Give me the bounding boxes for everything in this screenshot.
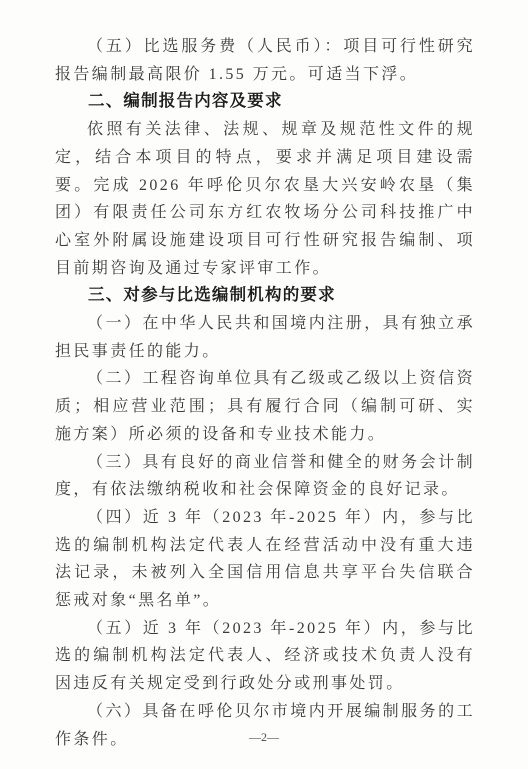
paragraph-report-scope: 依照有关法律、法规、规章及规范性文件的规定，结合本项目的特点，要求并满足项目建设… bbox=[55, 116, 475, 282]
paragraph-bid-service-fee: （五）比选服务费（人民币）：项目可行性研究报告编制最高限价 1.55 万元。可适… bbox=[55, 33, 475, 88]
document-body: （五）比选服务费（人民币）：项目可行性研究报告编制最高限价 1.55 万元。可适… bbox=[55, 33, 475, 753]
document-page: （五）比选服务费（人民币）：项目可行性研究报告编制最高限价 1.55 万元。可适… bbox=[0, 0, 528, 769]
paragraph-requirement-4-no-violation-record: （四）近 3 年（2023 年-2025 年）内，参与比选的编制机构法定代表人在… bbox=[55, 504, 475, 615]
paragraph-requirement-3-credit: （三）具有良好的商业信誉和健全的财务会计制度，有依法缴纳税收和社会保障资金的良好… bbox=[55, 449, 475, 504]
paragraph-requirement-1-registration: （一）在中华人民共和国境内注册，具有独立承担民事责任的能力。 bbox=[55, 310, 475, 365]
paragraph-requirement-5-no-penalty: （五）近 3 年（2023 年-2025 年）内，参与比选的编制机构法定代表人、… bbox=[55, 615, 475, 698]
paragraph-requirement-2-qualification: （二）工程咨询单位具有乙级或乙级以上资信资质；相应营业范围；具有履行合同（编制可… bbox=[55, 365, 475, 448]
page-number: —2— bbox=[0, 730, 528, 745]
section-heading-participant-requirements: 三、对参与比选编制机构的要求 bbox=[55, 282, 475, 310]
section-heading-report-content-requirements: 二、编制报告内容及要求 bbox=[55, 88, 475, 116]
